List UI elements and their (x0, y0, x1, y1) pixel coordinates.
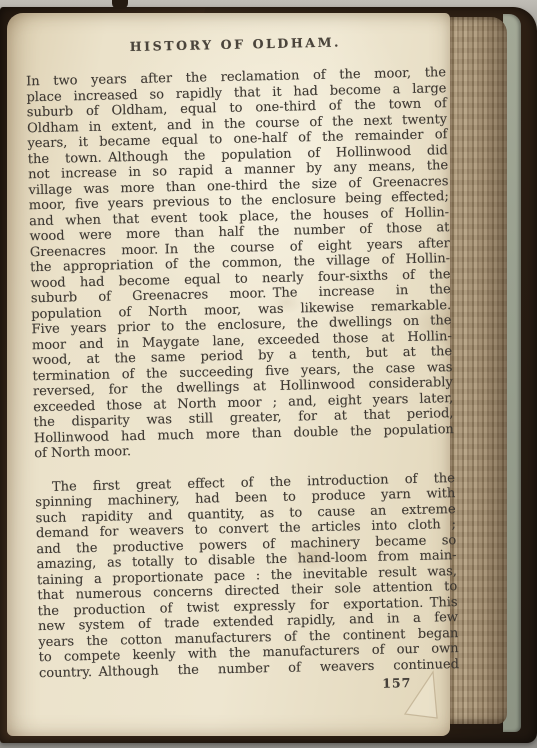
book-page: HISTORY OF OLDHAM. In two years after th… (7, 13, 450, 736)
running-head: HISTORY OF OLDHAM. (25, 32, 445, 56)
book-photo: HISTORY OF OLDHAM. In two years after th… (0, 0, 537, 748)
page-corner-crease (403, 670, 447, 720)
page-text: HISTORY OF OLDHAM. In two years after th… (25, 32, 459, 698)
paragraph: The first great effect of the introducti… (35, 471, 459, 682)
cover-notch (112, 0, 128, 9)
paragraphs-container: In two years after the reclamation of th… (26, 65, 459, 681)
paragraph: In two years after the reclamation of th… (26, 65, 454, 462)
